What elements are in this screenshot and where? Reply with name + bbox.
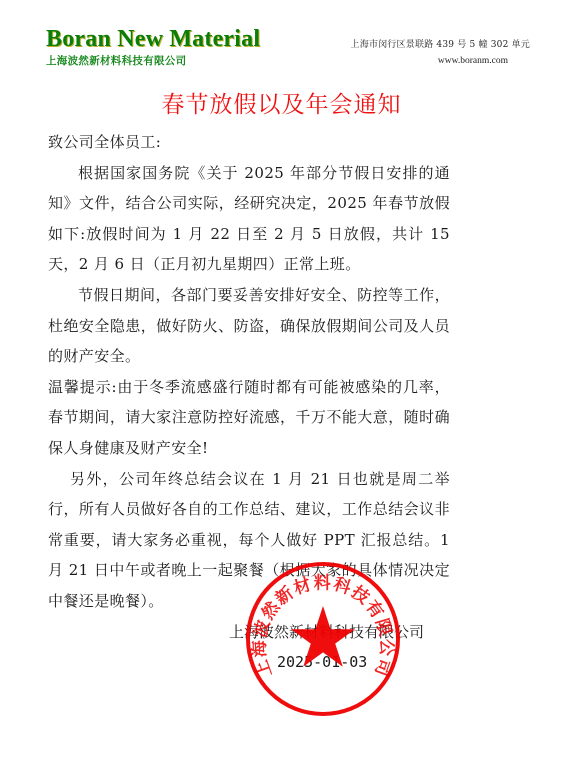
document-body: 致公司全体员工: 根据国家国务院《关于 2025 年部分节假日安排的通知》文件，… [48,127,450,617]
brand-name-en: Boran New Material [46,26,260,52]
signature-company: 上海波然新材料科技有限公司 [229,621,424,642]
company-address: 上海市闵行区景联路 439 号 5 幢 302 单元 [351,37,530,50]
brand-name-cn: 上海波然新材料科技有限公司 [46,53,260,68]
paragraph-health-reminder: 温馨提示:由于冬季流感盛行随时都有可能被感染的几率，春节期间，请大家注意防控好流… [48,372,450,464]
paragraph-annual-meeting: 另外，公司年终总结会议在 1 月 21 日也就是周二举行，所有人员做好各自的工作… [48,464,450,617]
company-website: www.boranm.com [351,56,508,66]
letterhead-contact: 上海市闵行区景联路 439 号 5 幢 302 单元 www.boranm.co… [351,37,530,66]
letterhead-brand: Boran New Material 上海波然新材料科技有限公司 [46,26,260,68]
salutation: 致公司全体员工: [48,127,450,158]
document-title: 春节放假以及年会通知 [0,86,563,119]
signature-date: 2025-01-03 [277,653,367,671]
paragraph-holiday-schedule: 根据国家国务院《关于 2025 年部分节假日安排的通知》文件，结合公司实际，经研… [48,158,450,280]
paragraph-safety: 节假日期间，各部门要妥善安排好安全、防控等工作，杜绝安全隐患，做好防火、防盗，确… [48,280,450,372]
